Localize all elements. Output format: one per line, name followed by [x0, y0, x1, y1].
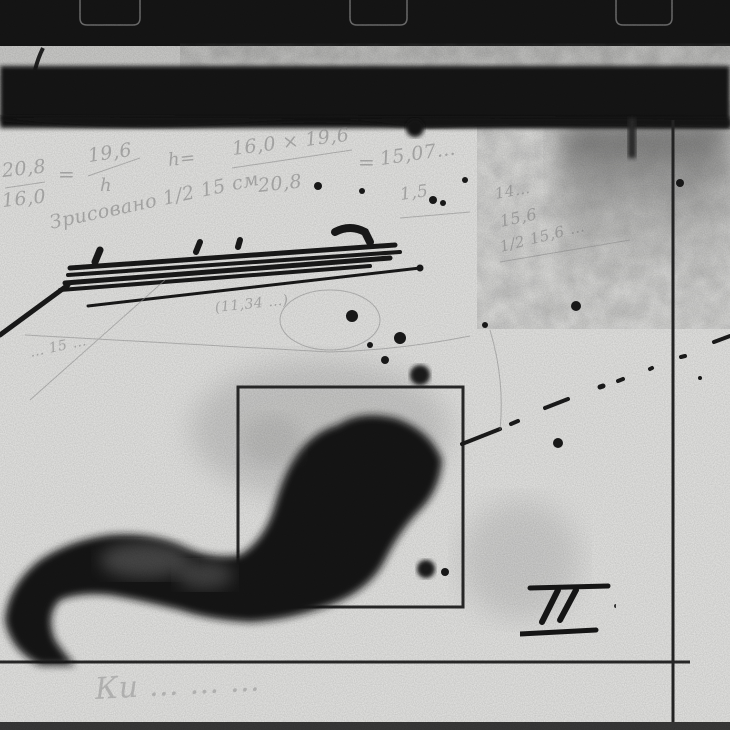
formula-word: h=	[167, 147, 197, 171]
formula-right-denominator: 20,8	[257, 170, 303, 197]
plate-photograph	[0, 0, 730, 730]
formula-equals-1: =	[58, 162, 75, 186]
photographic-plate: 20,8 16,0 = 19,6 h h= 16,0 × 19,6 20,8 =…	[0, 0, 730, 730]
formula-result-sub: 1,5	[399, 181, 430, 205]
formula-equals-2: =	[358, 150, 375, 174]
formula-left-numerator: 20,8	[1, 155, 47, 182]
roman-numeral-label: II	[520, 578, 616, 642]
formula-left-denominator: 16,0	[1, 185, 47, 212]
formula-mid-denominator: h	[100, 175, 112, 196]
